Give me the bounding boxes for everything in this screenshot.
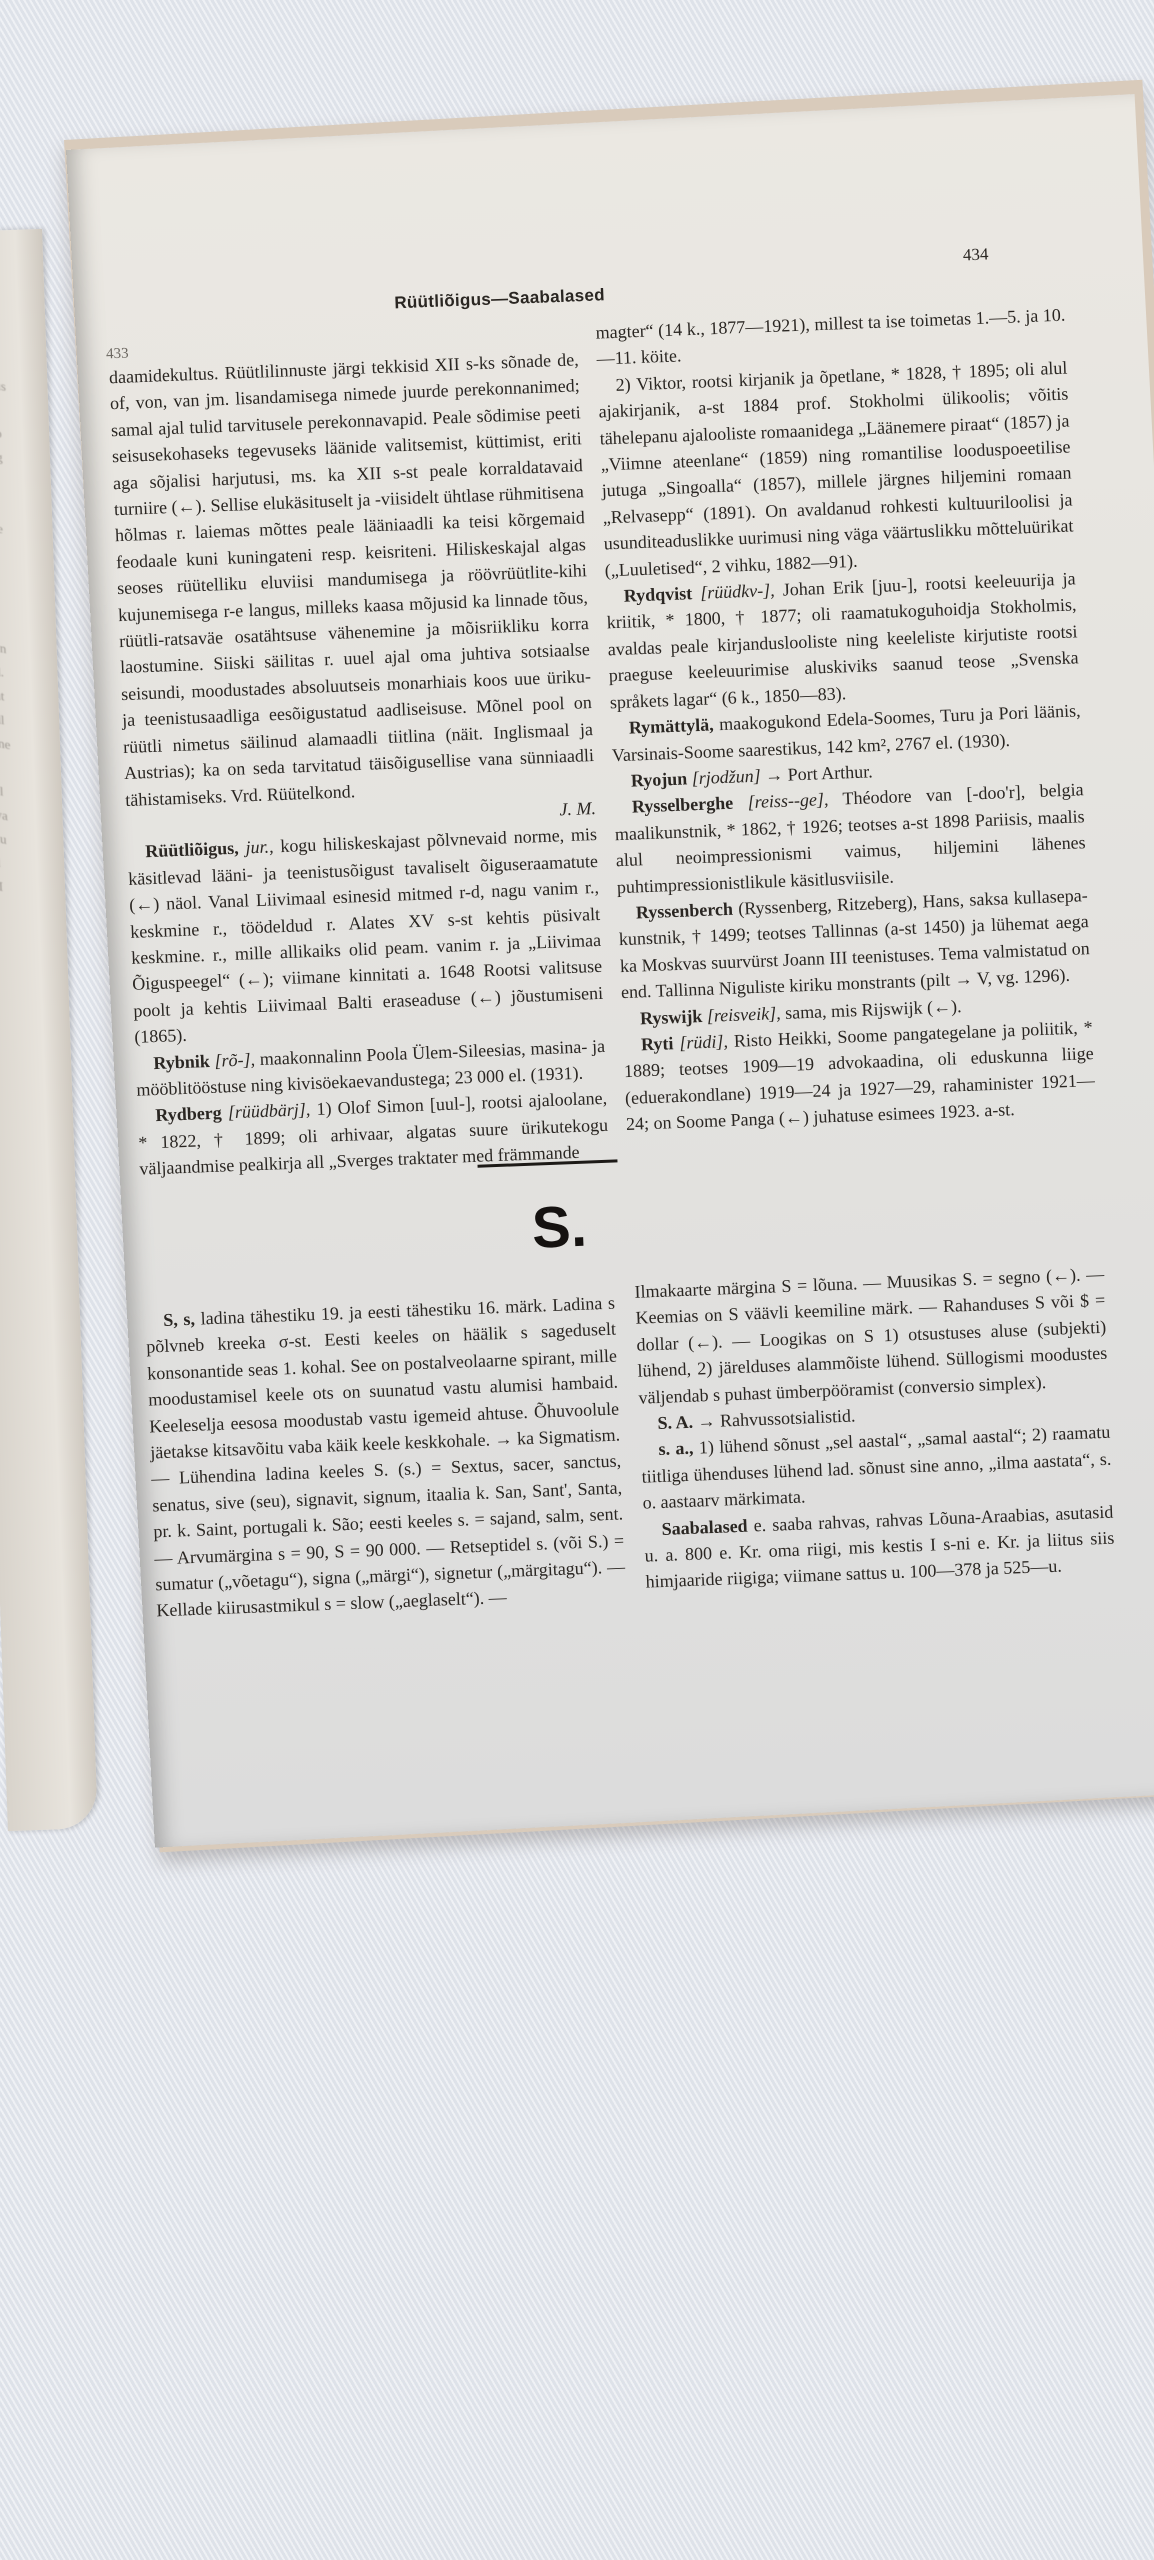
- entry-rydberg-viktor: 2) Viktor, rootsi kirjanik ja õpetlane, …: [597, 354, 1075, 583]
- entry-text: ladina tähestiku 19. ja eesti tähestiku …: [146, 1293, 626, 1621]
- entry-ryti: Ryti [rüdi], Risto Heikki, Soome pangate…: [623, 1014, 1097, 1138]
- page-number-left: 433: [106, 346, 129, 364]
- headword: S. A.: [657, 1412, 693, 1433]
- section-letter-heading: S.: [531, 1193, 588, 1262]
- headword: Rydberg: [155, 1103, 222, 1126]
- entry-label: 2) Viktor,: [615, 372, 686, 395]
- headword: Rysselberghe: [631, 793, 733, 817]
- entry-label: [reiss--ge],: [747, 789, 829, 812]
- entry-text: → Port Arthur.: [765, 761, 873, 785]
- headword: Ryojun: [630, 768, 687, 790]
- entry-text: e. saaba rahvas, rahvas Lõuna-Araabias, …: [644, 1501, 1114, 1592]
- entry-label: (Ryssenberg, Ritzeberg),: [738, 892, 918, 919]
- entry-ryssenberch: Ryssenberch (Ryssenberg, Ritzeberg), Han…: [617, 882, 1091, 1006]
- column-right-lower: Ilmakaarte märgina S = lõuna. — Muusikas…: [634, 1261, 1116, 1596]
- entry-rydqvist: Rydqvist [rüüdkv-], Johan Erik [juu-], r…: [605, 565, 1080, 715]
- paragraph: daamidekultus. Rüütlilinnuste järgi tekk…: [109, 346, 596, 813]
- entry-ruutlioigus: Rüütliõigus, jur., kogu hiliskeskajast p…: [127, 821, 605, 1050]
- entry-label: jur.,: [245, 837, 274, 858]
- continuation-text: Ilmakaarte märgina S = lõuna. — Muusikas…: [634, 1261, 1109, 1411]
- headword: Rydqvist: [623, 583, 692, 606]
- entry-rysselberghe: Rysselberghe [reiss--ge], Théodore van […: [613, 777, 1087, 901]
- headword: Ryti: [641, 1033, 674, 1054]
- entry-label: [reisveik],: [706, 1003, 781, 1026]
- entry-label: [rüüdbärj],: [227, 1100, 310, 1123]
- headword: Rüütliõigus,: [145, 838, 239, 862]
- headword: S, s,: [163, 1309, 195, 1330]
- headword: Rybnik: [153, 1051, 210, 1073]
- headword: Saabalased: [661, 1515, 748, 1538]
- column-left-lower: S, s, ladina tähestiku 19. ja eesti tähe…: [145, 1290, 627, 1625]
- entry-s: S, s, ladina tähestiku 19. ja eesti tähe…: [145, 1290, 627, 1625]
- page-number-right: 434: [963, 244, 989, 265]
- headword: Ryswijk: [640, 1006, 703, 1028]
- left-page-text-fragments: s, s rapidus kaks t majup d, kog niaut t…: [0, 344, 56, 908]
- entry-label: [rüüdkv-],: [700, 580, 775, 603]
- headword: s. a.,: [658, 1438, 694, 1459]
- headword: Ryssenberch: [636, 899, 734, 923]
- entry-text: 1) lühend sõnust „sel aastal“, „samal aa…: [641, 1422, 1111, 1513]
- entry-label: [rjodžun]: [691, 766, 761, 789]
- entry-label: [rõ-],: [214, 1049, 255, 1071]
- column-right-upper: magter“ (14 k., 1877—1921), millest ta i…: [595, 302, 1096, 1138]
- entry-label: [rüdi],: [679, 1031, 728, 1053]
- headword: Rymättylä,: [628, 714, 714, 737]
- entry-text: sama, mis Rijswijk (←).: [785, 996, 962, 1023]
- entry-text: → Rahvussotsialistid.: [697, 1405, 856, 1431]
- column-left-upper: daamidekultus. Rüütlilinnuste järgi tekk…: [109, 346, 610, 1182]
